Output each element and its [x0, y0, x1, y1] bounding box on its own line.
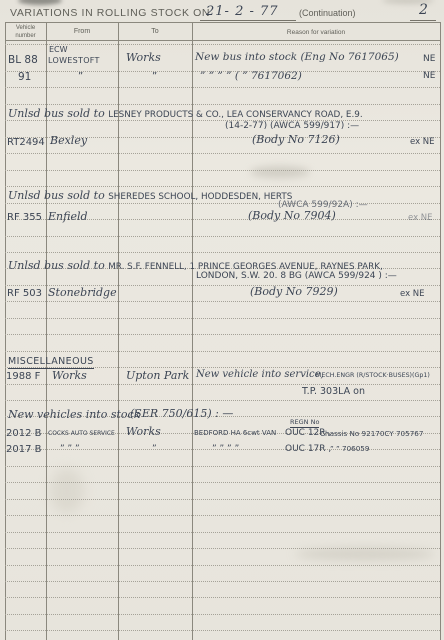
body-number: (Body No 7126)	[252, 133, 340, 146]
chassis-ditto: ” ” 706059	[330, 444, 369, 453]
ruled-line	[5, 565, 440, 566]
to-location: Upton Park	[126, 369, 189, 382]
ruled-line	[5, 252, 440, 253]
to-ditto: ”	[152, 444, 157, 454]
vehicle-number: BL 88	[8, 54, 38, 66]
page-number: 2	[419, 2, 428, 18]
column-header-reason: Reason for variation	[192, 29, 440, 37]
ruled-line	[5, 87, 440, 88]
to-location: Works	[126, 51, 161, 64]
from-depot: LOWESTOFT	[48, 56, 100, 65]
ruled-line	[5, 334, 440, 335]
vehicle-number: 2012 B	[6, 428, 42, 439]
from-operator: COCKS AUTO SERVICE	[48, 430, 115, 437]
reason-text: New bus into stock (Eng No 7617065)	[195, 51, 399, 63]
section-note-reference: (SER 750/615) : —	[130, 407, 233, 420]
scan-smudge-bottom	[295, 548, 435, 560]
column-header-vehicle: Vehicle number	[5, 25, 46, 40]
scan-smudge-mid	[250, 166, 310, 178]
page-number-underline	[410, 20, 436, 21]
from-ditto: ”	[78, 71, 83, 82]
flag-ne: NE	[423, 71, 435, 81]
reason-authority: MECH.ENGR (R/STOCK·BUSES)(Gp1)	[316, 372, 430, 379]
vehicle-number: RT2494	[7, 137, 45, 148]
to-ditto: ”	[152, 71, 157, 82]
body-number: (Body No 7904)	[248, 209, 336, 222]
vehicle-number: 2017 B	[6, 444, 42, 455]
chassis-number: Chassis No 92170CY 705767	[320, 429, 423, 438]
vehicle-number: 91	[18, 71, 31, 83]
ruled-line	[5, 384, 440, 385]
column-header-to: To	[118, 28, 192, 37]
ruled-line	[5, 351, 440, 352]
continuation-label: (Continuation)	[299, 8, 356, 18]
ruled-line	[5, 597, 440, 598]
column-header-from: From	[46, 28, 118, 37]
note-destination: LESNEY PRODUCTS & CO., LEA CONSERVANCY R…	[108, 110, 362, 120]
date-underline	[200, 20, 296, 21]
table-border-top	[5, 22, 440, 23]
note-prefix: Unlsd bus sold to	[8, 259, 108, 272]
vehicle-number: 1988 F	[6, 371, 40, 382]
scanned-page: VARIATIONS IN ROLLING STOCK ON 21- 2 - 7…	[0, 0, 444, 640]
from-location: Works	[52, 369, 87, 382]
page-title: VARIATIONS IN ROLLING STOCK ON	[10, 7, 210, 19]
ruled-line	[5, 236, 440, 237]
flag-ne: NE	[423, 54, 435, 64]
note-prefix: Unlsd bus sold to	[8, 107, 108, 120]
description-ditto: ” ” ” ”	[212, 444, 239, 454]
ruled-line	[5, 515, 440, 516]
vehicle-description: BEDFORD HA 6cwt VAN	[194, 429, 276, 437]
header-underline	[5, 40, 440, 41]
flag-ex-ne: ex NE	[410, 137, 435, 147]
ruled-line	[5, 318, 440, 319]
vehicle-number: RF 355	[7, 212, 42, 223]
section-note: Unlsd bus sold to LESNEY PRODUCTS & CO.,…	[8, 104, 363, 122]
ruled-line	[5, 499, 440, 500]
from-ditto: ” ” ”	[60, 444, 80, 454]
body-number: (Body No 7929)	[250, 285, 338, 298]
miscellaneous-heading: MISCELLANEOUS	[8, 356, 94, 369]
ruled-line	[5, 466, 440, 467]
section-reference: LONDON, S.W. 20. 8 BG (AWCA 599/924 ) :—	[196, 271, 397, 281]
ruled-line	[5, 581, 440, 582]
note-prefix: Unlsd bus sold to	[8, 189, 108, 202]
reason-reference: T.P. 303LA on	[302, 386, 365, 397]
scan-smudge-top-left	[18, 0, 62, 5]
from-location: Bexley	[50, 134, 87, 147]
section-note: Unlsd bus sold to SHEREDES SCHOOL, HODDE…	[8, 186, 292, 204]
ruled-line	[5, 548, 440, 549]
ruled-line	[5, 630, 440, 631]
flag-ex-ne: ex NE	[400, 289, 425, 299]
reason-text: New vehicle into service,	[196, 369, 324, 380]
section-reference: (14-2-77) (AWCA 599/917) :—	[225, 121, 359, 131]
ruled-line	[5, 153, 440, 154]
table-border-right	[440, 22, 441, 640]
vehicle-number: RF 503	[7, 288, 42, 299]
registration-number: OUC 17R ,	[285, 444, 331, 454]
ruled-line	[5, 532, 440, 533]
note-destination: SHEREDES SCHOOL, HODDESDEN, HERTS	[108, 192, 292, 202]
from-depot-code: ECW	[49, 45, 68, 54]
ruled-line	[5, 170, 440, 171]
from-location: Stonebridge	[48, 286, 117, 299]
to-location: Works	[126, 425, 161, 438]
reason-ditto: ” ” ” ” ( ” 7617062)	[200, 70, 302, 82]
section-note-prefix: New vehicles into stock	[8, 408, 140, 421]
flag-ex-ne: ex NE	[408, 213, 433, 223]
from-location: Enfield	[48, 210, 88, 223]
regn-column-label: REGN No	[290, 418, 319, 428]
ruled-line	[5, 301, 440, 302]
header-underline-dotted	[5, 44, 440, 45]
ruled-line	[5, 614, 440, 615]
ruled-line	[5, 400, 440, 401]
ruled-line	[5, 482, 440, 483]
date-handwritten: 21- 2 - 77	[206, 4, 279, 19]
scan-smudge-left	[50, 468, 84, 514]
